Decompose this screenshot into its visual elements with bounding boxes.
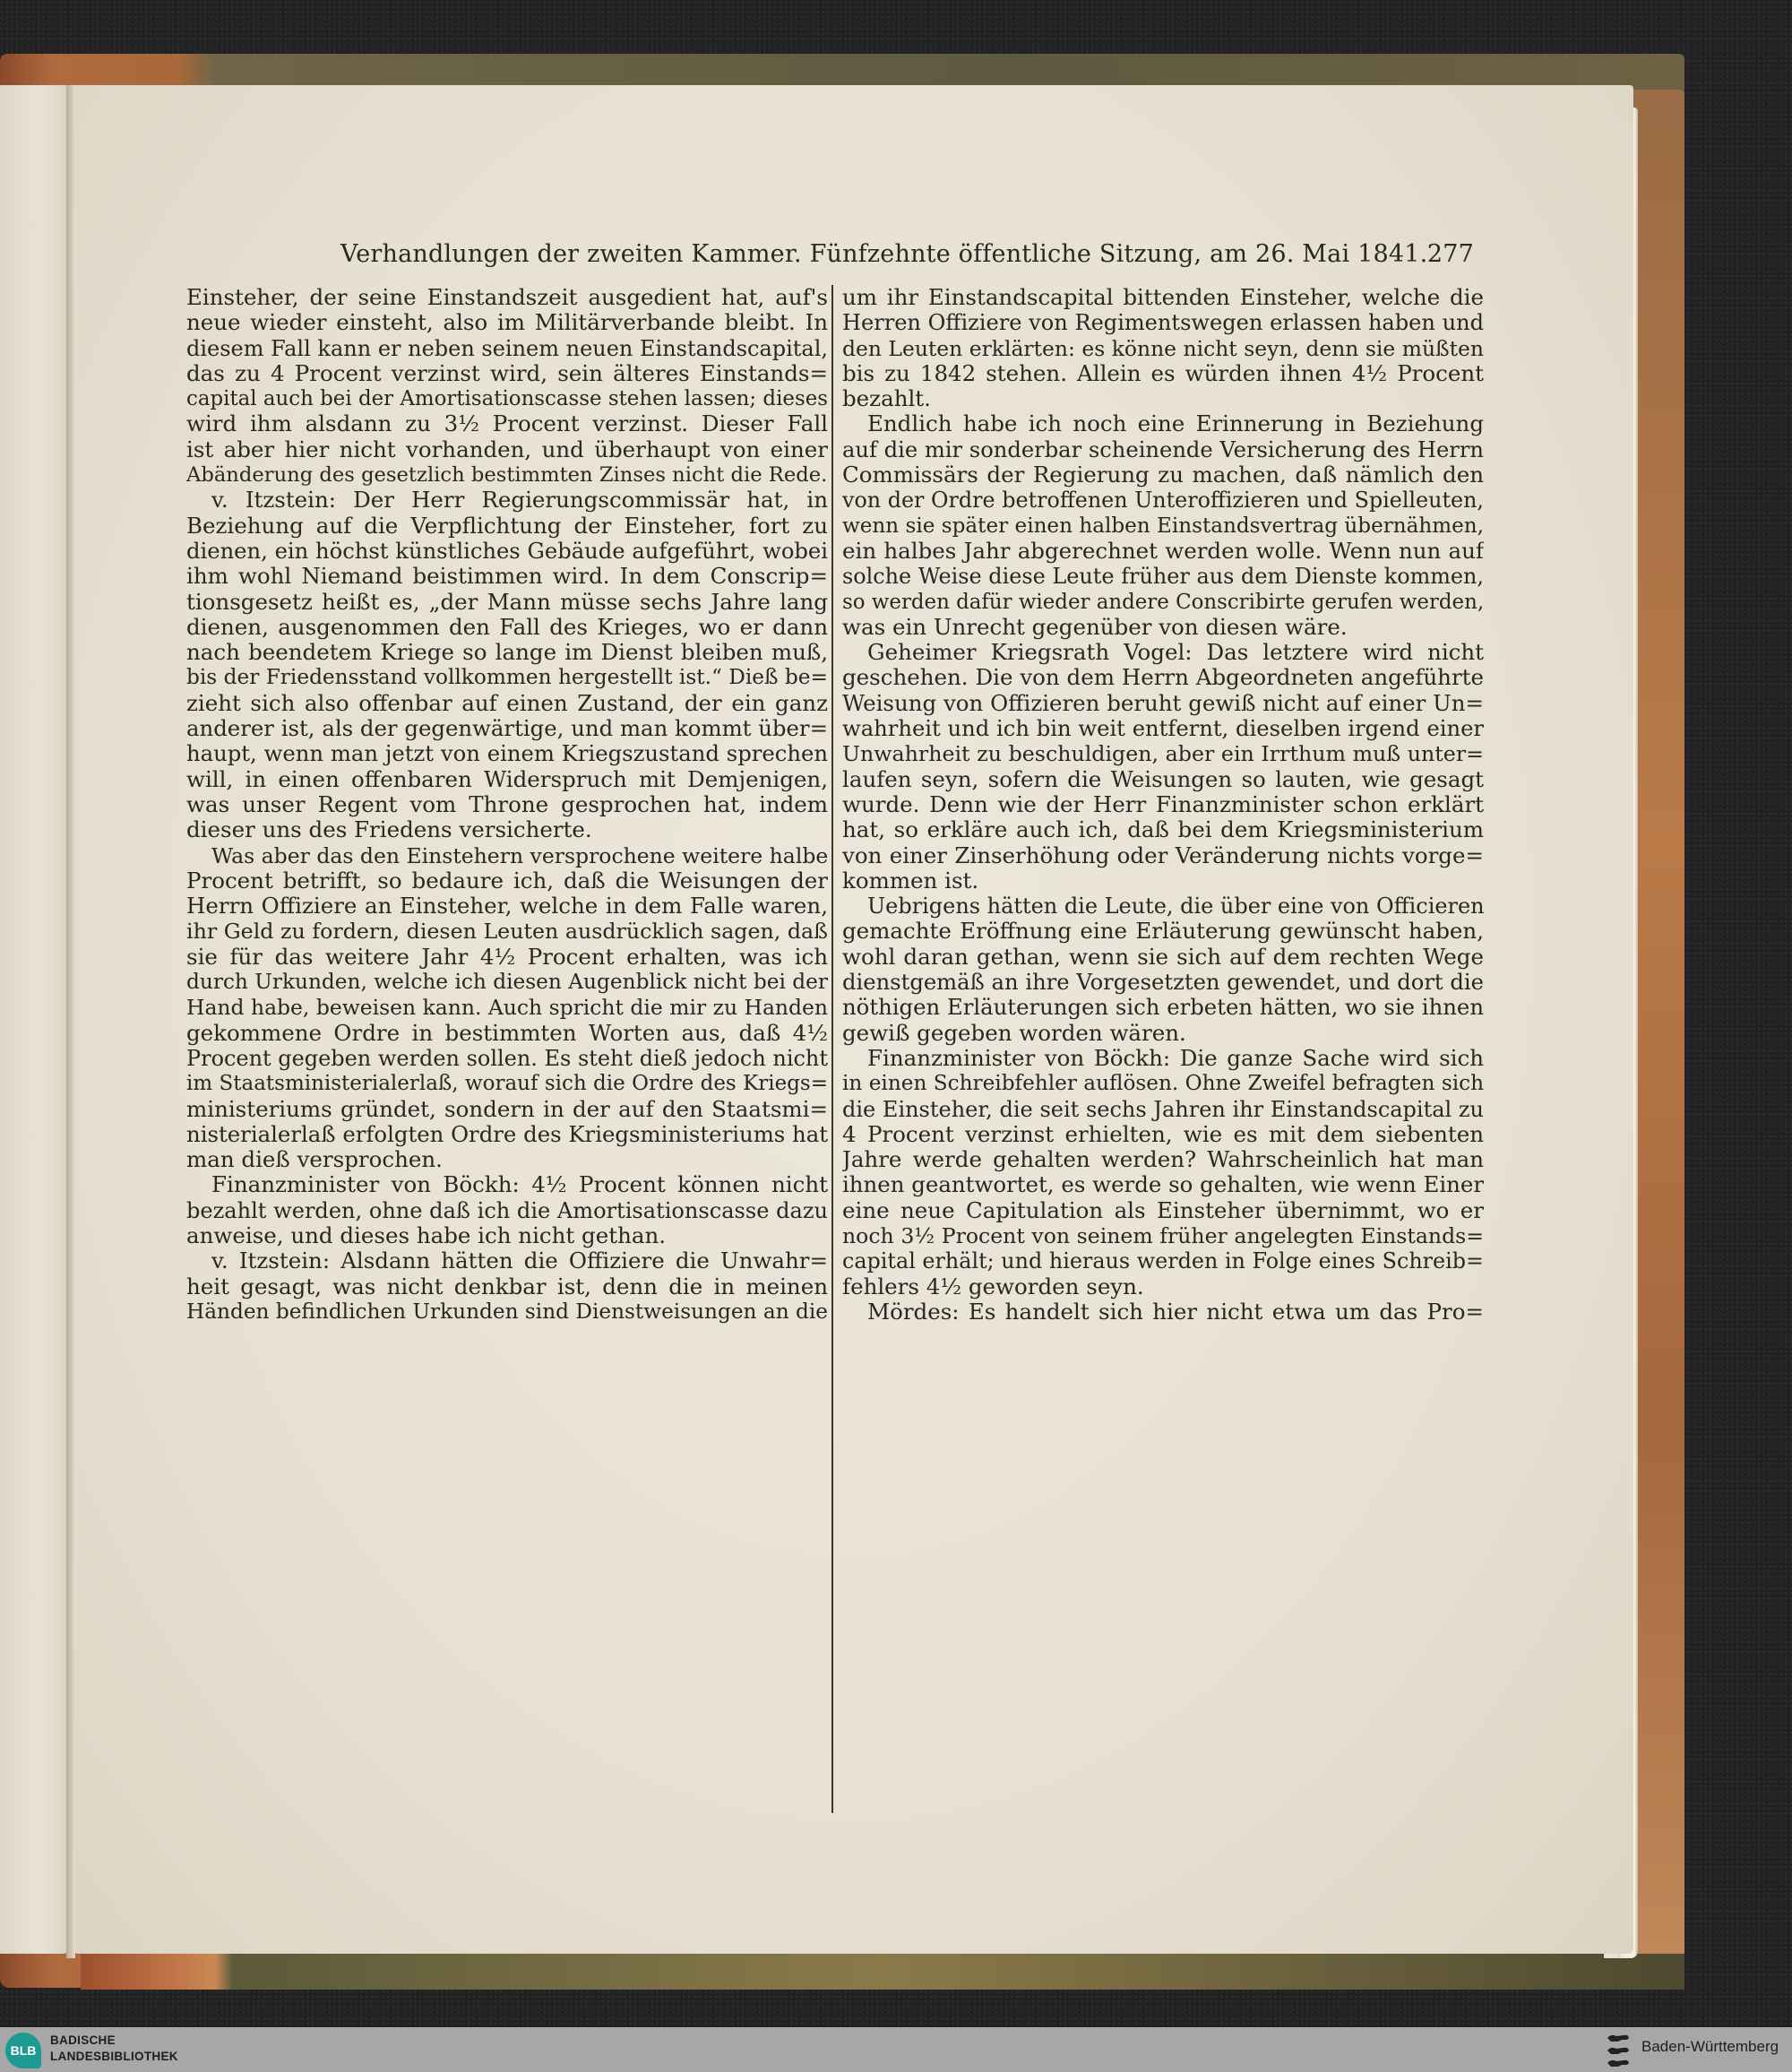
text-line: Endlich habe ich noch eine Erinnerung in… — [842, 411, 1484, 436]
facing-page-edge — [0, 85, 72, 1954]
text-line: v. Itzstein: Alsdann hätten die Offizier… — [186, 1248, 828, 1273]
text-line: Beziehung auf die Verpflichtung der Eins… — [186, 514, 828, 539]
text-line: gemachte Eröffnung eine Erläuterung gewü… — [842, 919, 1484, 944]
text-line: wird ihm alsdann zu 3½ Procent verzinst.… — [186, 411, 828, 436]
three-lions-crest-icon — [1606, 2031, 1631, 2068]
text-line: noch 3½ Procent von seinem früher angele… — [842, 1223, 1484, 1248]
text-line: Jahre werde gehalten werden? Wahrscheinl… — [842, 1147, 1484, 1172]
blb-logo-icon[interactable]: BLB — [5, 2033, 41, 2068]
text-line: Herrn Offiziere an Einsteher, welche in … — [186, 894, 828, 919]
text-line: um ihr Einstandscapital bittenden Einste… — [842, 285, 1484, 310]
text-line: bezahlt werden, ohne daß ich die Amortis… — [186, 1198, 828, 1223]
footer-bar: BLB BADISCHE LANDESBIBLIOTHEK Baden-Würt… — [0, 2027, 1792, 2072]
text-line: wenn sie später einen halben Einstandsve… — [842, 514, 1484, 539]
page-number: 277 — [1427, 240, 1474, 268]
text-line: Uebrigens hätten die Leute, die über ein… — [842, 894, 1484, 919]
text-line: haupt, wenn man jetzt von einem Kriegszu… — [186, 741, 828, 766]
text-line: zieht sich also offenbar auf einen Zusta… — [186, 691, 828, 716]
text-line: dienen, ein höchst künstliches Gebäude a… — [186, 539, 828, 564]
text-line: eine neue Capitulation als Einsteher übe… — [842, 1198, 1484, 1223]
text-line: hat, so erkläre auch ich, daß bei dem Kr… — [842, 817, 1484, 842]
blb-wordmark-line-2: LANDESBIBLIOTHEK — [50, 2049, 178, 2065]
text-line: anweise, und dieses habe ich nicht getha… — [186, 1223, 828, 1248]
text-line: Unwahrheit zu beschuldigen, aber ein Irr… — [842, 741, 1484, 766]
text-line: laufen seyn, sofern die Weisungen so lau… — [842, 767, 1484, 792]
text-line: was ein Unrecht gegenüber von diesen wär… — [842, 615, 1484, 640]
text-line: solche Weise diese Leute früher aus dem … — [842, 564, 1484, 589]
text-line: will, in einen offenbaren Widerspruch mi… — [186, 767, 828, 792]
text-line: im Staatsministerialerlaß, worauf sich d… — [186, 1071, 828, 1096]
text-line: Weisung von Offizieren beruht gewiß nich… — [842, 691, 1484, 716]
text-line: durch Urkunden, welche ich diesen Augenb… — [186, 970, 828, 995]
text-line: nöthigen Erläuterungen sich erbeten hätt… — [842, 995, 1484, 1020]
text-line: dieser uns des Friedens versicherte. — [186, 817, 828, 842]
text-line: gekommene Ordre in bestimmten Worten aus… — [186, 1021, 828, 1046]
text-line: geschehen. Die von dem Herrn Abgeordnete… — [842, 665, 1484, 690]
text-line: bis zu 1842 stehen. Allein es würden ihn… — [842, 361, 1484, 386]
text-line: dienen, ausgenommen den Fall des Krieges… — [186, 615, 828, 640]
text-line: wahrheit und ich bin weit entfernt, dies… — [842, 716, 1484, 741]
text-line: capital erhält; und hieraus werden in Fo… — [842, 1248, 1484, 1273]
text-line: dienstgemäß an ihre Vorgesetzten gewende… — [842, 970, 1484, 995]
text-line: kommen ist. — [842, 868, 1484, 894]
running-head-title: Verhandlungen der zweiten Kammer. Fünfze… — [340, 240, 1427, 268]
book-cover-bottom — [81, 1954, 1684, 1990]
blb-wordmark[interactable]: BADISCHE LANDESBIBLIOTHEK — [50, 2033, 178, 2065]
text-line: Procent gegeben werden sollen. Es steht … — [186, 1046, 828, 1071]
text-line: wurde. Denn wie der Herr Finanzminister … — [842, 792, 1484, 817]
text-line: in einen Schreibfehler auflösen. Ohne Zw… — [842, 1071, 1484, 1096]
text-line: von einer Zinserhöhung oder Veränderung … — [842, 843, 1484, 868]
text-line: Was aber das den Einstehern versprochene… — [186, 843, 828, 868]
text-line: Händen befindlichen Urkunden sind Dienst… — [186, 1299, 828, 1325]
text-column-right: um ihr Einstandscapital bittenden Einste… — [842, 285, 1484, 1325]
text-line: nach beendetem Kriege so lange im Dienst… — [186, 640, 828, 665]
text-line: ein halbes Jahr abgerechnet werden wolle… — [842, 539, 1484, 564]
text-line: Finanzminister von Böckh: 4½ Procent kön… — [186, 1172, 828, 1197]
text-line: anderer ist, als der gegenwärtige, und m… — [186, 716, 828, 741]
text-line: nisterialerlaß erfolgten Ordre des Krieg… — [186, 1122, 828, 1147]
text-line: den Leuten erklärten: es könne nicht sey… — [842, 336, 1484, 361]
text-line: sie für das weitere Jahr 4½ Procent erha… — [186, 945, 828, 970]
text-line: Herren Offiziere von Regimentswegen erla… — [842, 310, 1484, 335]
text-line: Finanzminister von Böckh: Die ganze Sach… — [842, 1046, 1484, 1071]
text-line: bezahlt. — [842, 386, 1484, 411]
text-line: Geheimer Kriegsrath Vogel: Das letztere … — [842, 640, 1484, 665]
text-line: das zu 4 Procent verzinst wird, sein ält… — [186, 361, 828, 386]
text-line: 4 Procent verzinst erhielten, wie es mit… — [842, 1122, 1484, 1147]
running-head: Verhandlungen der zweiten Kammer. Fünfze… — [340, 240, 1474, 276]
text-line: heit gesagt, was nicht denkbar ist, denn… — [186, 1274, 828, 1299]
page-gutter — [66, 85, 75, 1958]
text-line: v. Itzstein: Der Herr Regierungscommissä… — [186, 488, 828, 513]
text-line: Einsteher, der seine Einstandszeit ausge… — [186, 285, 828, 310]
text-column-left: Einsteher, der seine Einstandszeit ausge… — [186, 285, 828, 1325]
text-line: bis der Friedensstand vollkommen hergest… — [186, 665, 828, 690]
text-line: Commissärs der Regierung zu machen, daß … — [842, 462, 1484, 488]
text-line: fehlers 4½ geworden seyn. — [842, 1274, 1484, 1299]
column-divider — [831, 285, 833, 1813]
text-line: von der Ordre betroffenen Unteroffiziere… — [842, 488, 1484, 513]
text-line: wohl daran gethan, wenn sie sich auf dem… — [842, 945, 1484, 970]
text-line: ihnen geantwortet, es werde so gehalten,… — [842, 1172, 1484, 1197]
book-cover-edge — [1631, 90, 1684, 1985]
text-line: ministeriums gründet, sondern in der auf… — [186, 1097, 828, 1122]
text-line: man dieß versprochen. — [186, 1147, 828, 1172]
text-line: so werden dafür wieder andere Conscribir… — [842, 590, 1484, 615]
text-line: ihr Geld zu fordern, diesen Leuten ausdr… — [186, 919, 828, 944]
text-line: ihm wohl Niemand beistimmen wird. In dem… — [186, 564, 828, 589]
text-line: die Einsteher, die seit sechs Jahren ihr… — [842, 1097, 1484, 1122]
blb-wordmark-line-1: BADISCHE — [50, 2033, 178, 2049]
text-line: Abänderung des gesetzlich bestimmten Zin… — [186, 462, 828, 488]
text-line: gewiß gegeben worden wären. — [842, 1021, 1484, 1046]
text-line: neue wieder einsteht, also im Militärver… — [186, 310, 828, 335]
text-line: capital auch bei der Amortisationscasse … — [186, 386, 828, 411]
text-line: tionsgesetz heißt es, „der Mann müsse se… — [186, 590, 828, 615]
text-line: Procent betrifft, so bedaure ich, daß di… — [186, 868, 828, 894]
text-line: auf die mir sonderbar scheinende Versich… — [842, 437, 1484, 462]
text-line: was unser Regent vom Throne gesprochen h… — [186, 792, 828, 817]
text-line: Hand habe, beweisen kann. Auch spricht d… — [186, 995, 828, 1020]
baden-wuerttemberg-label[interactable]: Baden-Württemberg — [1641, 2038, 1779, 2056]
text-line: diesem Fall kann er neben seinem neuen E… — [186, 336, 828, 361]
text-line: Mördes: Es handelt sich hier nicht etwa … — [842, 1299, 1484, 1325]
text-line: ist aber hier nicht vorhanden, und überh… — [186, 437, 828, 462]
